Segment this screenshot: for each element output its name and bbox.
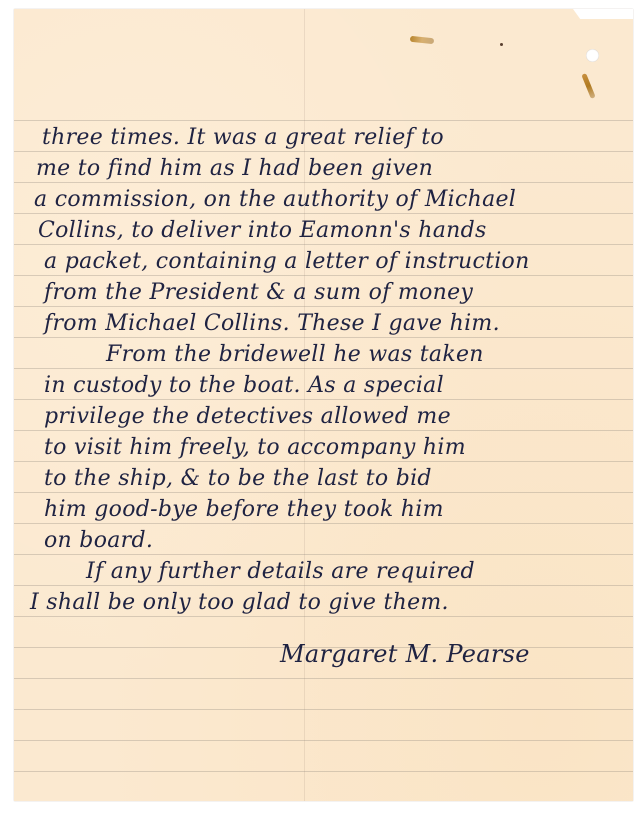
text-line: in custody to the boat. As a special (44, 373, 444, 398)
text-line: Collins, to deliver into Eamonn's hands (38, 218, 487, 243)
ruled-line (14, 182, 633, 183)
ruled-line (14, 771, 633, 772)
text-line: From the bridewell he was taken (106, 342, 484, 367)
text-line: him good-bye before they took him (44, 497, 444, 522)
text-line: a commission, on the authority of Michae… (34, 187, 516, 212)
ruled-line (14, 120, 633, 121)
ruled-line (14, 337, 633, 338)
ruled-line (14, 244, 633, 245)
ruled-line (14, 306, 633, 307)
text-line: from the President & a sum of money (44, 280, 473, 305)
text-line: a packet, containing a letter of instruc… (44, 249, 530, 274)
torn-corner (573, 9, 633, 19)
ruled-line (14, 523, 633, 524)
ruled-line (14, 399, 633, 400)
rust-stain (410, 36, 434, 44)
rust-stain (581, 73, 595, 99)
ruled-line (14, 275, 633, 276)
text-line: on board. (44, 528, 153, 553)
ruled-line (14, 585, 633, 586)
punch-hole (586, 49, 599, 62)
text-line: from Michael Collins. These I gave him. (44, 311, 500, 336)
ruled-line (14, 430, 633, 431)
ruled-line (14, 213, 633, 214)
ruled-line (14, 492, 633, 493)
text-line: to visit him freely, to accompany him (44, 435, 466, 460)
ruled-line (14, 678, 633, 679)
signature: Margaret M. Pearse (280, 640, 530, 668)
text-line: three times. It was a great relief to (42, 125, 444, 150)
ruled-line (14, 709, 633, 710)
ruled-line (14, 151, 633, 152)
ruled-line (14, 740, 633, 741)
ruled-line (14, 368, 633, 369)
text-line: me to find him as I had been given (36, 156, 433, 181)
text-line: to the ship, & to be the last to bid (44, 466, 432, 491)
ink-speck (500, 43, 503, 46)
text-line: I shall be only too glad to give them. (30, 590, 449, 615)
text-line: privilege the detectives allowed me (44, 404, 451, 429)
ruled-line (14, 616, 633, 617)
ruled-line (14, 554, 633, 555)
text-line: If any further details are required (86, 559, 475, 584)
letter-page: three times. It was a great relief to me… (14, 9, 633, 801)
ruled-line (14, 461, 633, 462)
